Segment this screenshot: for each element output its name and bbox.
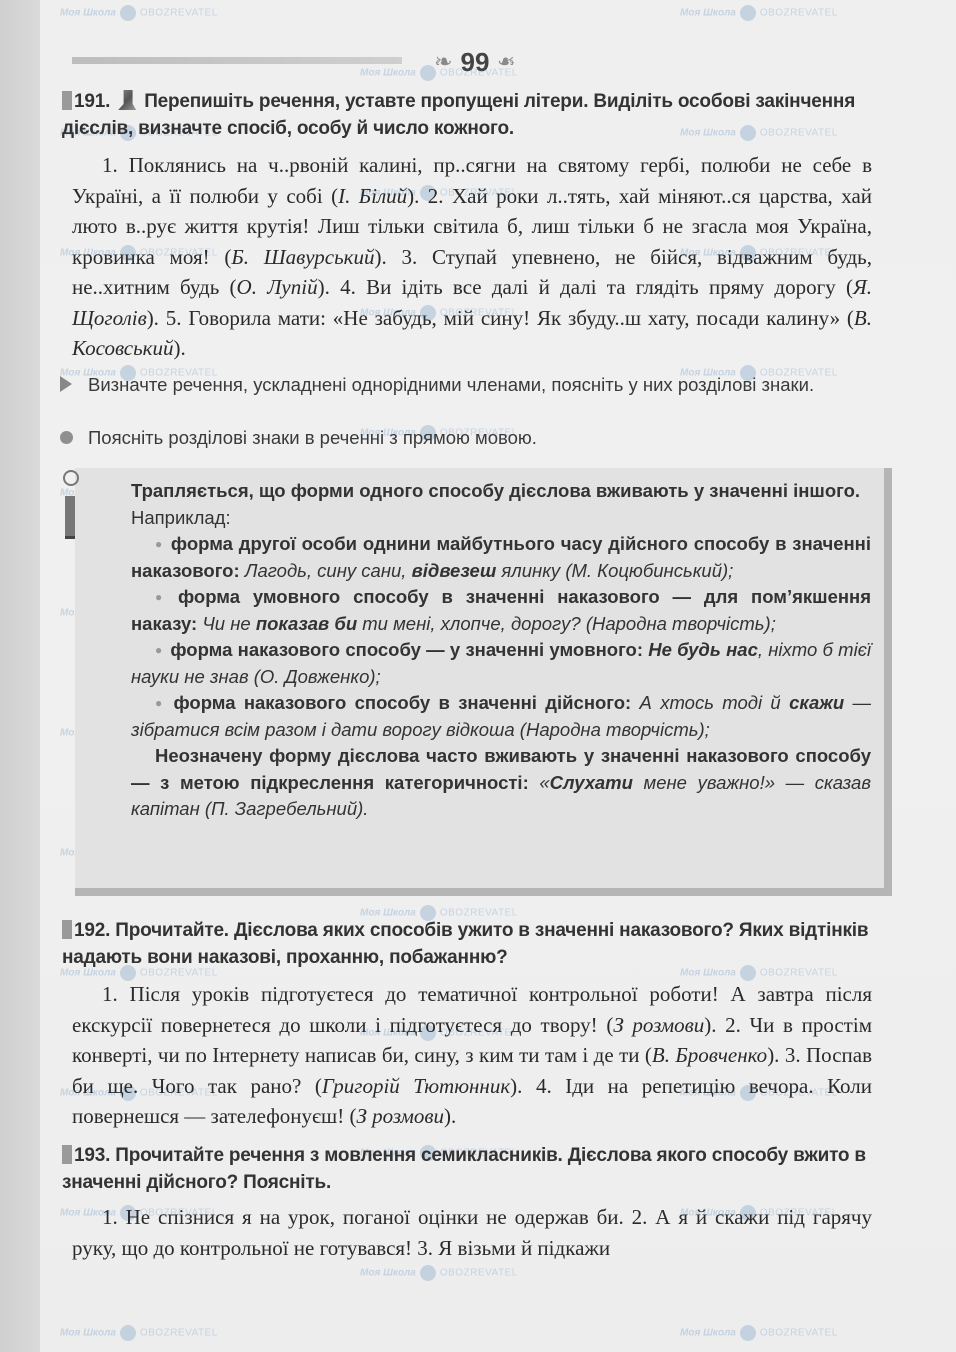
rule-box: Трапляється, що форми одного способу діє… [75, 468, 892, 896]
rule-item: ●форма умовного способу в значенні наказ… [131, 584, 871, 637]
bullet-icon: ● [155, 590, 170, 604]
exercise-instruction: Прочитайте речення з мовлення семикласни… [62, 1145, 866, 1193]
exercise-marker [62, 91, 72, 110]
citation-author: З розмови [356, 1104, 444, 1128]
exercise-instruction: Перепишіть речення, уставте пропущені лі… [62, 91, 855, 139]
page-number: 99 [461, 47, 490, 78]
exercise-marker [62, 1145, 72, 1164]
arrow-icon [60, 376, 72, 392]
exercise-192-text: 1. Після уроків підготуєтеся до тематичн… [72, 979, 872, 1132]
bullet-icon: ● [155, 696, 165, 710]
task-item: Визначте речення, ускладнені однорідними… [62, 371, 872, 398]
pen-icon [118, 90, 136, 110]
citation-author: О. Лупій [237, 275, 318, 299]
exercise-instruction: Прочитайте. Дієслова яких способів ужито… [62, 920, 868, 968]
exercise-192-heading: 192. Прочитайте. Дієслова яких способів … [62, 917, 872, 971]
rule-item: ●форма наказового способу — у значенні у… [131, 637, 871, 690]
task-text: Поясніть розділові знаки в реченні з пря… [62, 424, 872, 451]
rule-info-icon [61, 470, 83, 550]
swash-left-icon: ❧ [434, 50, 452, 75]
dot-icon [60, 431, 73, 444]
rule-intro: Трапляється, що форми одного способу діє… [131, 478, 871, 505]
exercise-191-heading: 191.Перепишіть речення, уставте пропущен… [62, 88, 872, 142]
header-rule [72, 57, 402, 64]
page-edge-shadow [0, 0, 40, 1352]
citation-author: З розмови [613, 1013, 704, 1037]
exercise-number: 191. [74, 91, 110, 112]
bullet-icon: ● [155, 643, 162, 657]
bullet-icon: ● [155, 537, 163, 551]
exercise-number: 193. [74, 1145, 110, 1166]
citation-author: Григорій Тютюнник [322, 1074, 510, 1098]
citation-author: Б. Шавурський [231, 245, 374, 269]
exercise-number: 192. [74, 920, 110, 941]
example-label: Наприклад: [131, 505, 871, 532]
exercise-191-text: 1. Поклянись на ч..рвоній калині, пр..ся… [72, 150, 872, 364]
task-item: Поясніть розділові знаки в реченні з пря… [62, 424, 872, 451]
rule-item: ●форма другої особи однини майбутнього ч… [131, 531, 871, 584]
exercise-marker [62, 920, 72, 939]
citation-author: І. Білий [338, 184, 407, 208]
rule-content: Трапляється, що форми одного способу діє… [131, 478, 871, 823]
exercise-193-heading: 193. Прочитайте речення з мовлення семик… [62, 1142, 872, 1196]
exercise-193-text: 1. Не спізнися я на урок, поганої оцінки… [72, 1202, 872, 1263]
page-header: ❧ 99 ❧ [405, 45, 545, 79]
task-text: Визначте речення, ускладнені однорідними… [62, 371, 872, 398]
rule-item: ●форма наказового способу в значенні дій… [131, 690, 871, 743]
citation-author: В. Бровченко [652, 1043, 767, 1067]
swash-right-icon: ❧ [497, 50, 515, 75]
rule-closing: Неозначену форму дієслова часто вживають… [131, 743, 871, 823]
